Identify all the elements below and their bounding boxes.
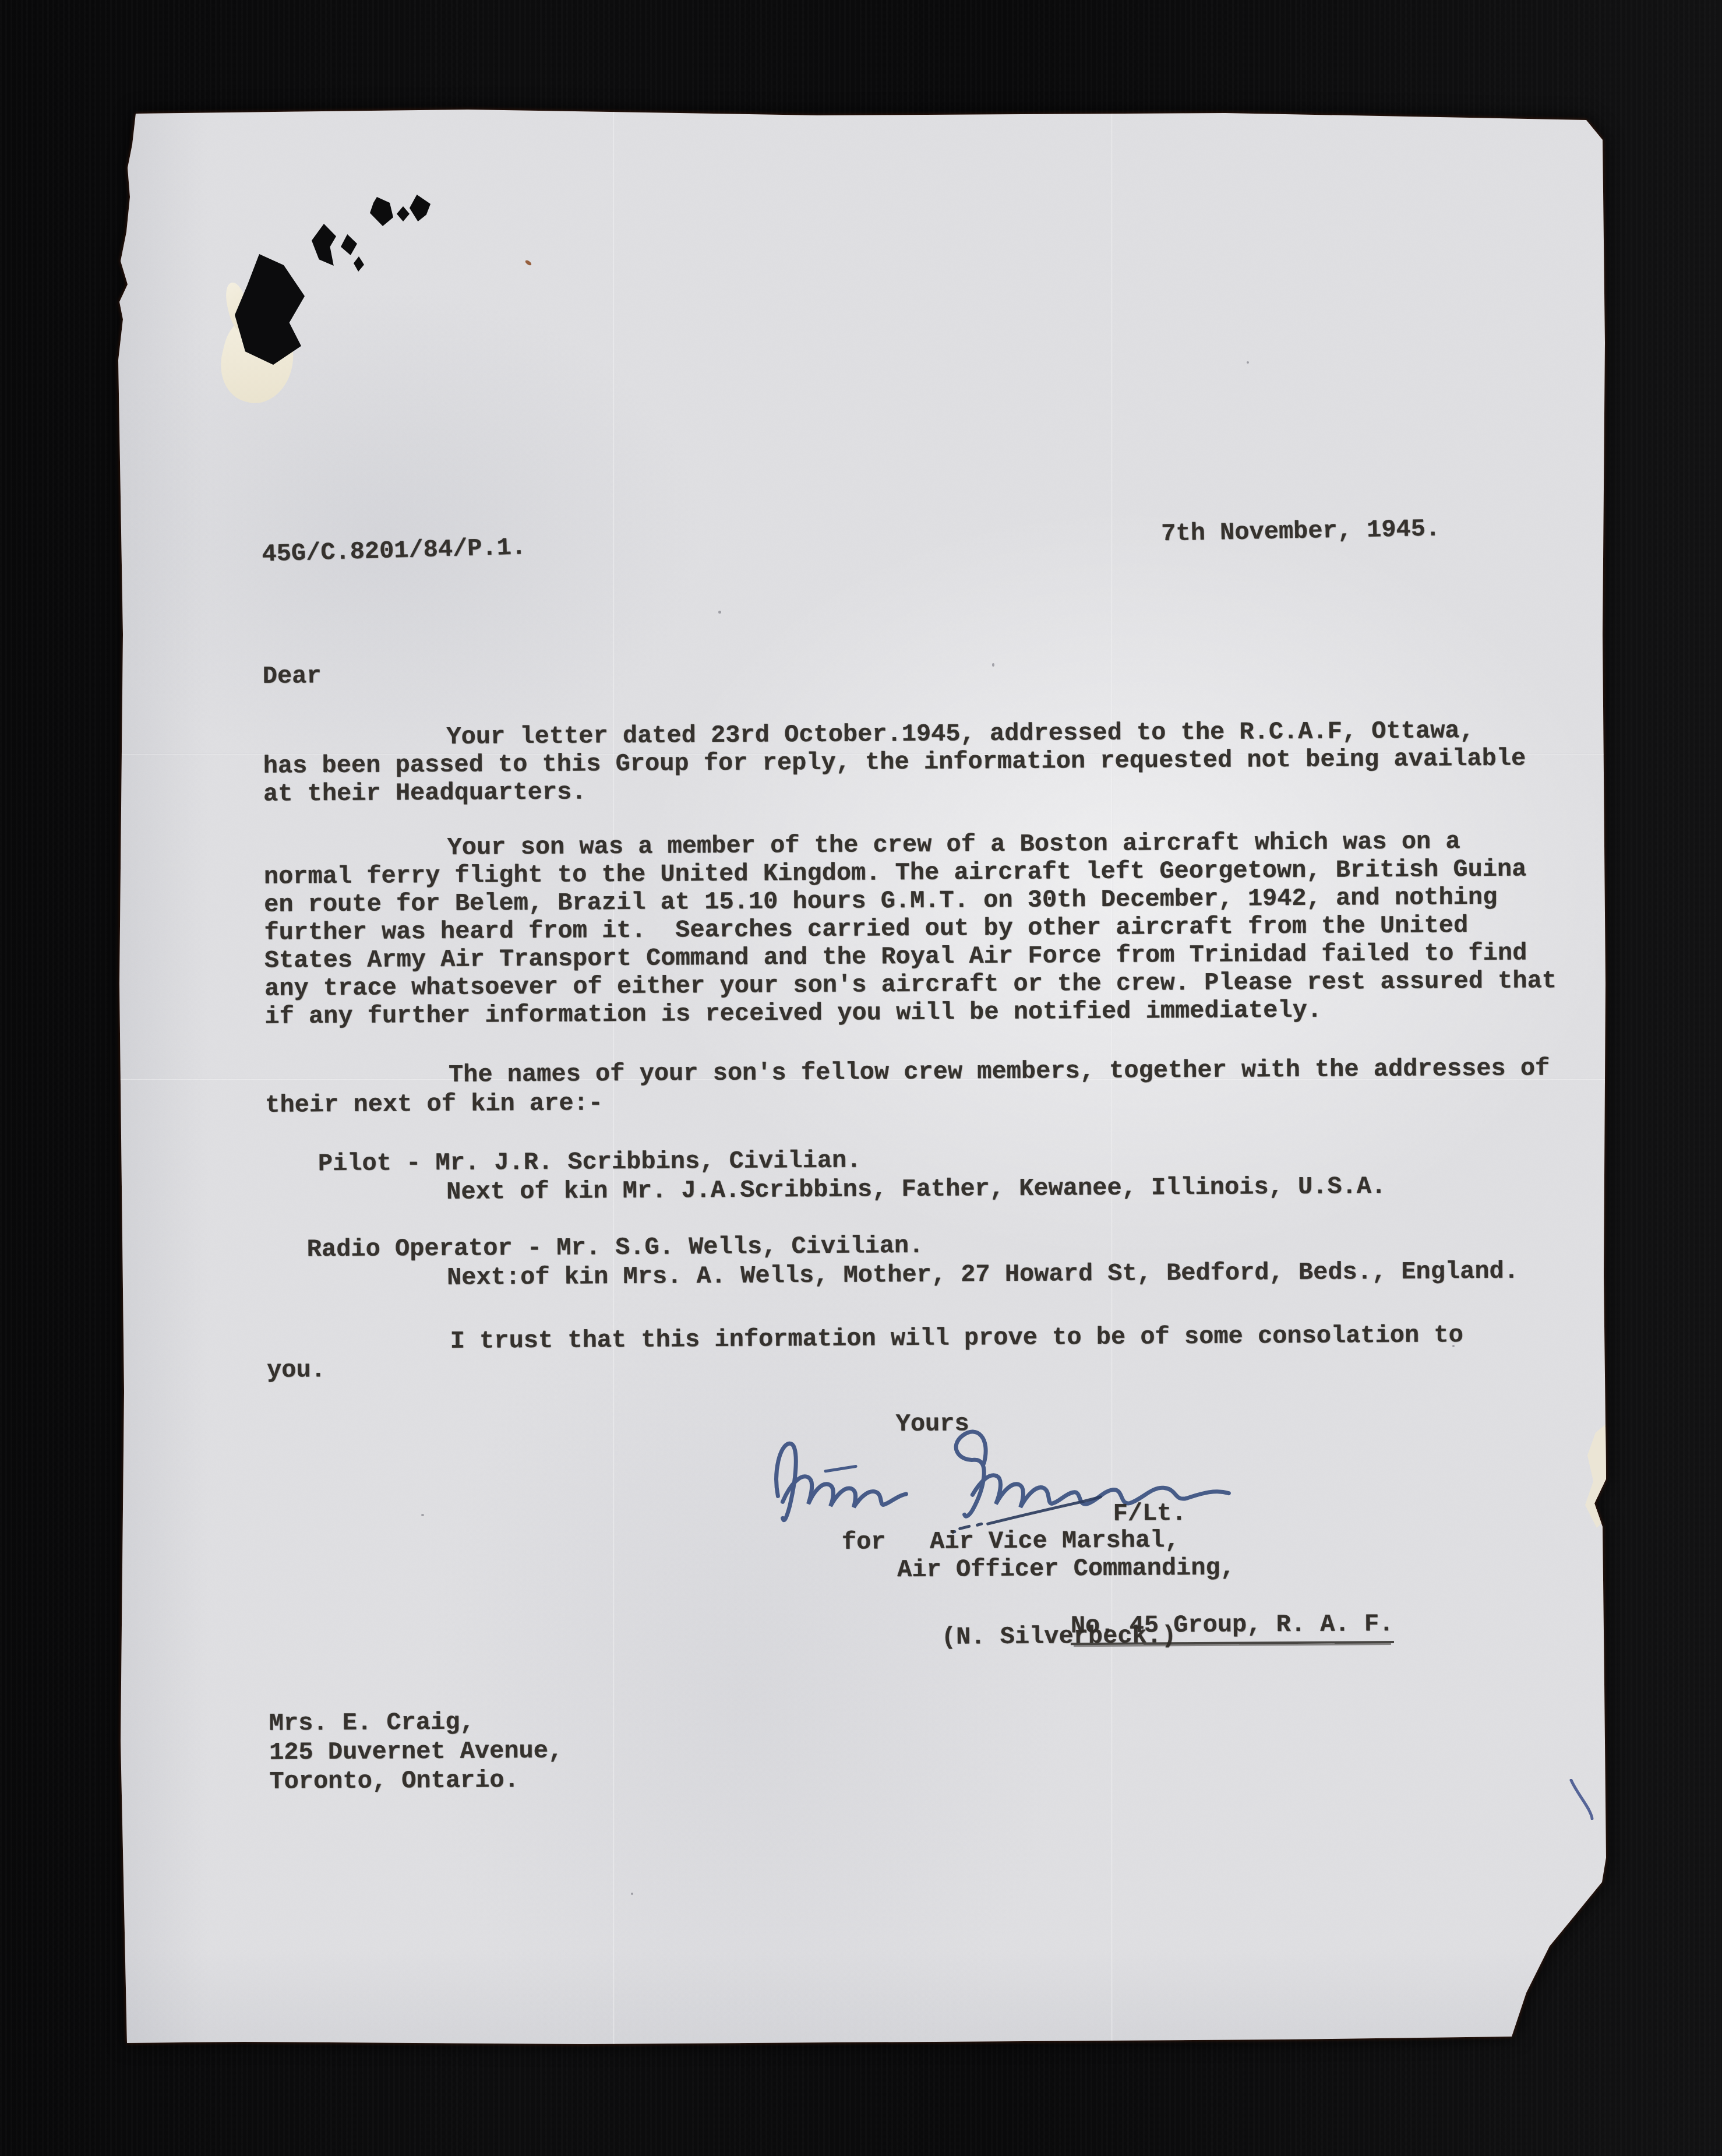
scan-background: 45G/C.8201/84/P.1. 7th November, 1945. D…	[0, 0, 1722, 2156]
signed-name-line: (N. Silverbeck.)	[941, 1622, 1177, 1651]
paragraph-3: The names of your son's fellow crew memb…	[265, 1054, 1550, 1119]
paper-sheet: 45G/C.8201/84/P.1. 7th November, 1945. D…	[118, 110, 1606, 2044]
ink-blot-mark	[1563, 1779, 1598, 1820]
reference-number: 45G/C.8201/84/P.1.	[262, 533, 527, 568]
paragraph-2: Your son was a member of the crew of a B…	[263, 827, 1557, 1031]
crew-pilot-block: Pilot - Mr. J.R. Scribbins, Civilian.Nex…	[266, 1143, 1386, 1208]
date-line: 7th November, 1945.	[1161, 515, 1441, 548]
paragraph-1: Your letter dated 23rd October.1945, add…	[263, 716, 1526, 808]
letter-page: 45G/C.8201/84/P.1. 7th November, 1945. D…	[118, 110, 1606, 2044]
letter-content: 45G/C.8201/84/P.1. 7th November, 1945. D…	[112, 104, 1612, 2048]
closing-paragraph: I trust that this information will prove…	[267, 1321, 1464, 1385]
commanding-line: Air Officer Commanding,	[897, 1554, 1235, 1584]
salutation: Dear	[263, 662, 322, 691]
rank-line: F/Lt.	[1113, 1499, 1186, 1528]
crew-radio-block: Radio Operator - Mr. S.G. Wells, Civilia…	[266, 1228, 1519, 1294]
for-line: for Air Vice Marshal,	[842, 1526, 1180, 1556]
recipient-address: Mrs. E. Craig,125 Duvernet Avenue,Toront…	[269, 1707, 563, 1796]
